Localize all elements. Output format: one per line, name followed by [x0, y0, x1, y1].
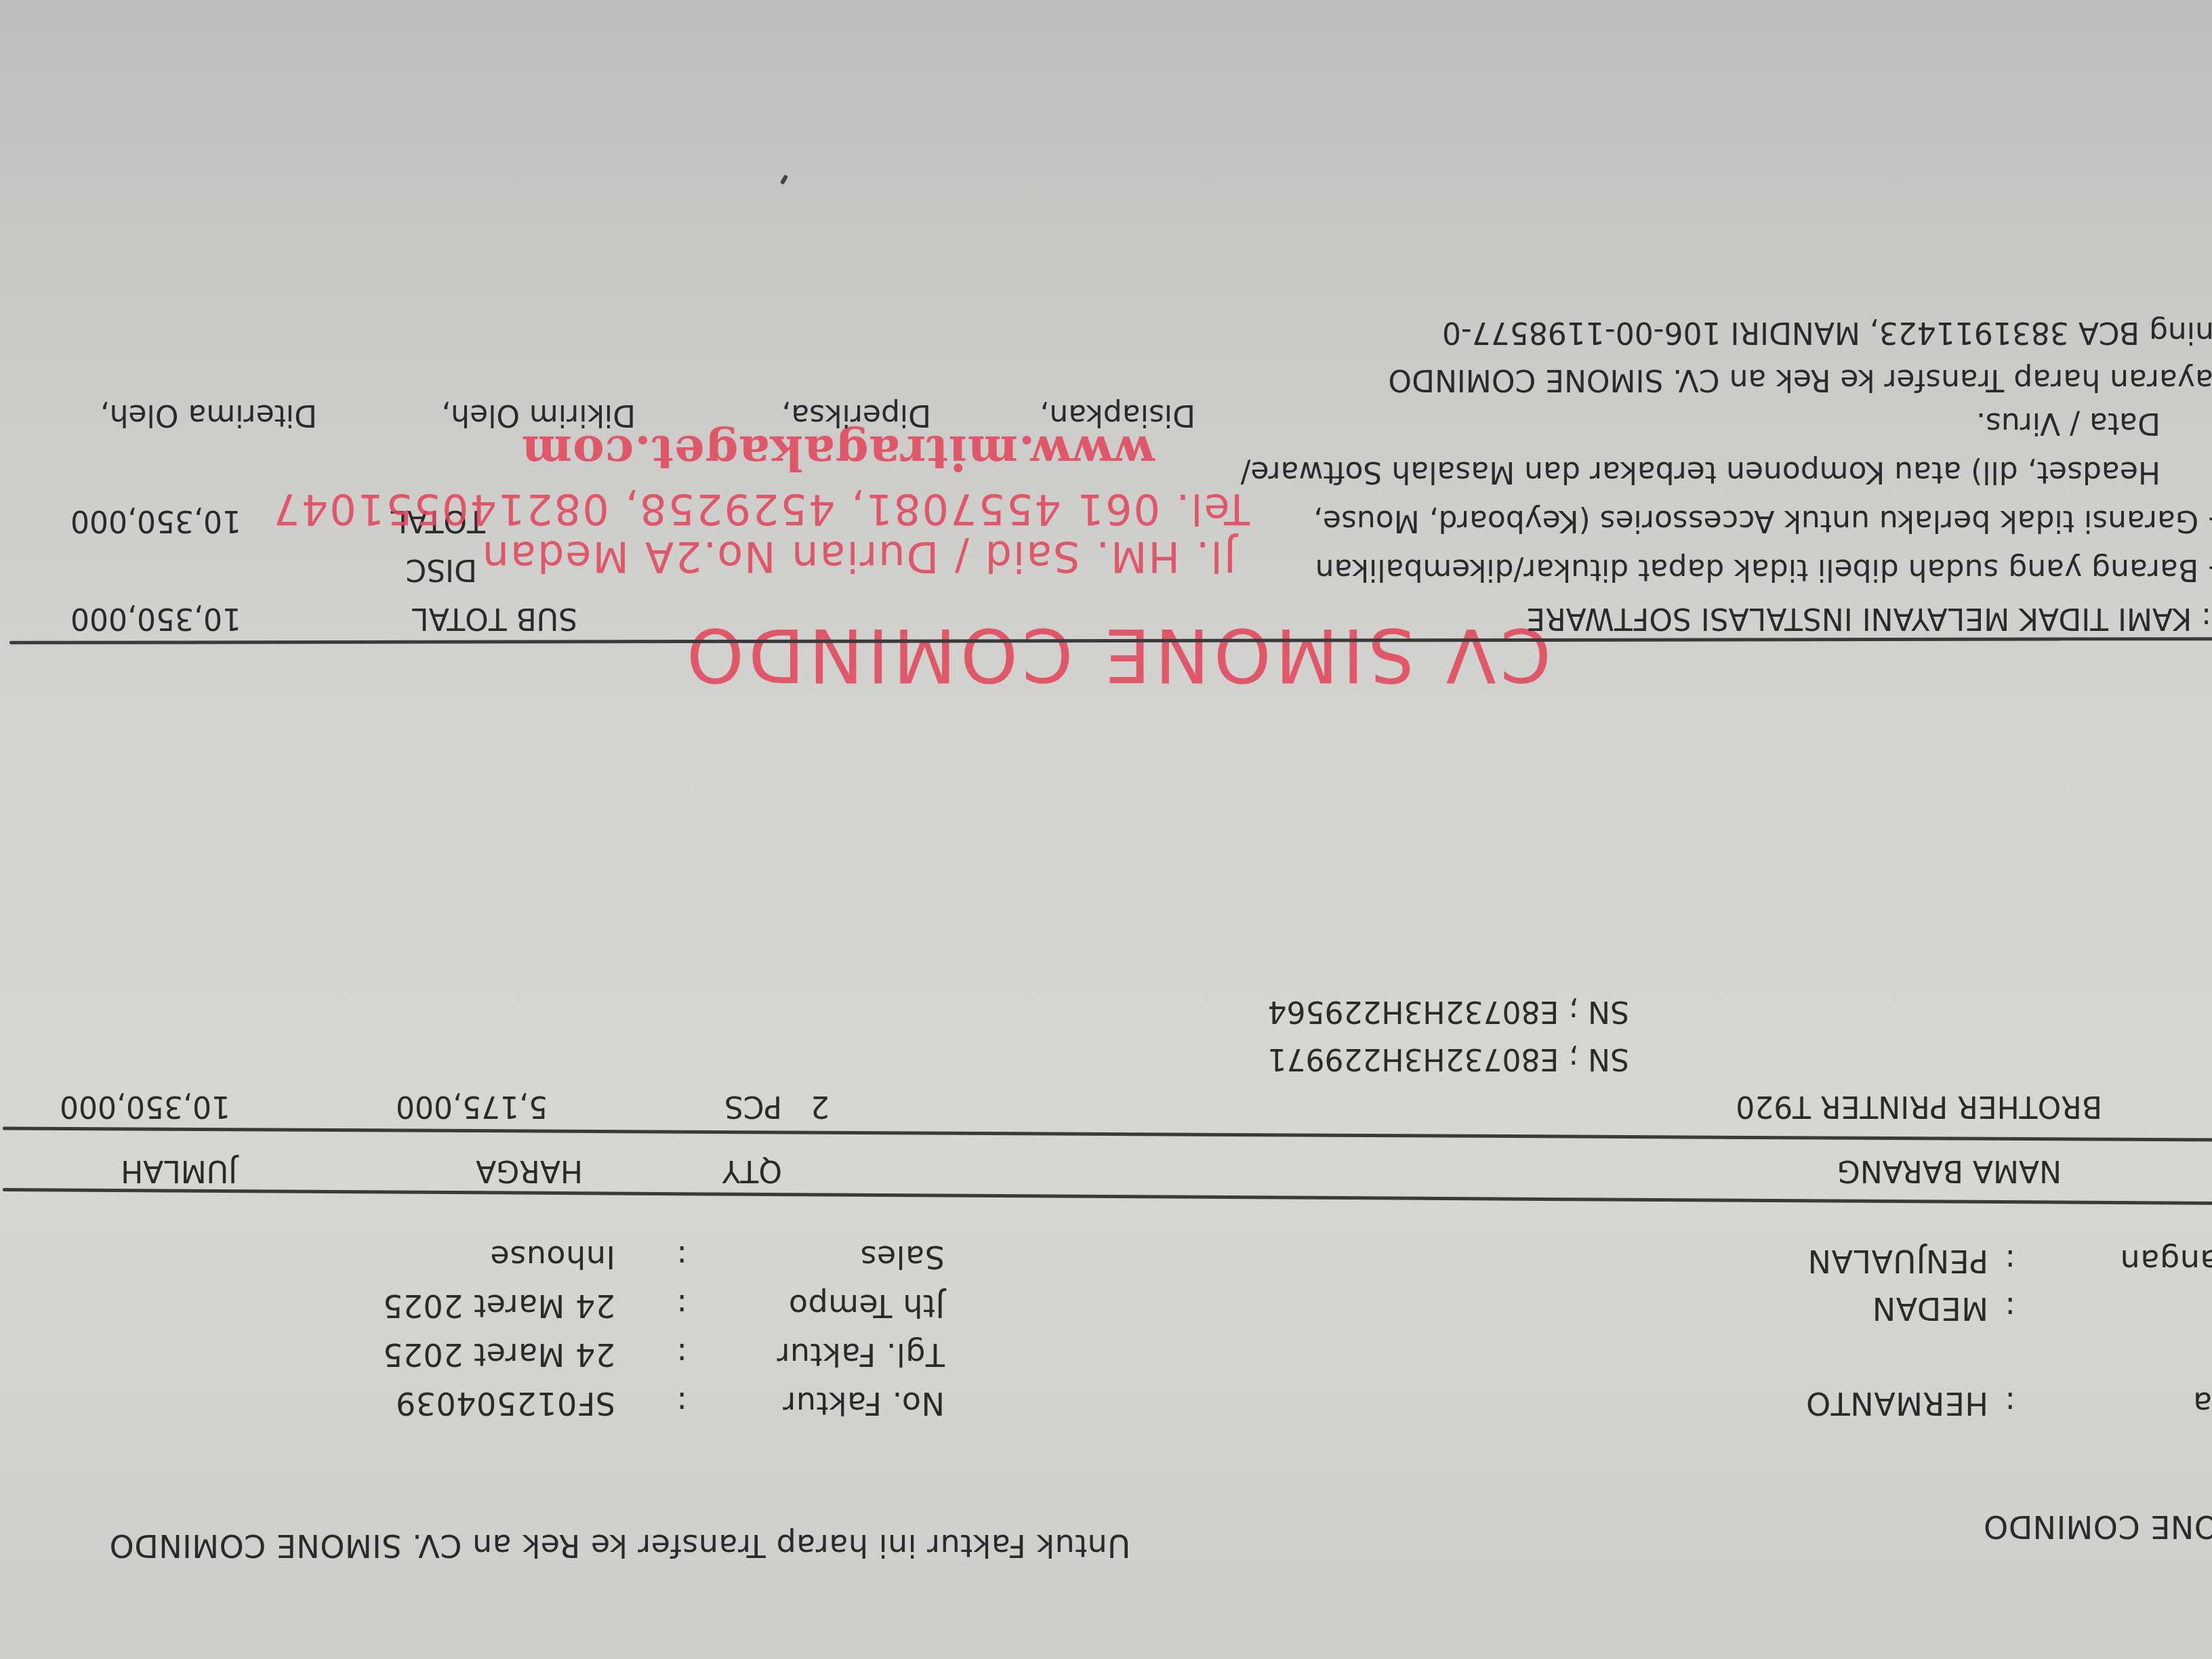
meta-label-sales: Sales — [860, 1239, 945, 1275]
note-item: - Garansi tidak berlaku untuk Accessorie… — [1313, 504, 2212, 538]
meta-sep: : — [676, 1385, 687, 1422]
meta-label-due-date: Jth Tempo — [788, 1288, 945, 1324]
item-name: BROTHER PRINTER T920 — [1736, 1089, 2102, 1124]
paper-speck — [780, 174, 788, 184]
note-item: - Barang yang sudah dibeli tidak dapat d… — [1315, 552, 2212, 587]
invoice-sheet: ONE COMINDO Untuk Faktur ini harap Trans… — [0, 0, 2212, 1659]
sales-person: Inhouse — [490, 1239, 615, 1275]
table-top-rule — [3, 1188, 2212, 1205]
customer-field-label: da — [2193, 1385, 2212, 1422]
signature-checked: Diperiksa, — [781, 398, 931, 432]
meta-label-invoice-no: No. Faktur — [783, 1385, 945, 1422]
signature-received-by: Diterima Oleh, — [100, 398, 317, 432]
note-item: Headset, dll) atau Komponen terbakar dan… — [1241, 455, 2160, 489]
customer-city: MEDAN — [1872, 1290, 1988, 1327]
meta-sep: : — [676, 1239, 687, 1275]
item-unit: PCS — [724, 1089, 782, 1124]
discount-label: DISC — [405, 552, 477, 587]
column-header-amount: JUMLAH — [121, 1153, 237, 1188]
customer-field-sep: : — [2005, 1385, 2015, 1422]
item-price: 5,175,000 — [396, 1089, 548, 1124]
invoice-date: 24 Maret 2025 — [383, 1336, 615, 1373]
subtotal-value: 10,350,000 — [70, 601, 241, 636]
customer-field-label: rangan — [2120, 1243, 2212, 1279]
item-amount: 10,350,000 — [60, 1089, 230, 1124]
signature-prepared: Disiapkan, — [1040, 398, 1195, 432]
stamp-website: www.mitragakaget.com — [521, 425, 1155, 481]
meta-label-invoice-date: Tgl. Faktur — [777, 1336, 945, 1373]
column-header-qty: QTY — [722, 1153, 782, 1188]
item-serial: SN ; E80732H3H229564 — [1267, 994, 1629, 1029]
subtotal-label: SUB TOTAL — [412, 601, 577, 636]
payment-line: bayaran harap Transfer ke Rek an CV. SIM… — [1388, 363, 2212, 397]
bank-line: ening BCA 3831911423, MANDIRI 106-00-119… — [1442, 315, 2212, 350]
stamp-phone: Tel. 061 4557081, 4529258, 082140551047 — [272, 485, 1250, 534]
meta-sep: : — [676, 1288, 687, 1324]
stamp-company-name: CV SIMONE COMINDO — [682, 612, 1551, 697]
item-qty: 2 — [811, 1089, 829, 1124]
item-serial: SN ; E80732H3H229971 — [1267, 1042, 1629, 1076]
column-header-item: NAMA BARANG — [1837, 1153, 2062, 1188]
invoice-number: SF012504039 — [395, 1385, 615, 1422]
notes-heading: e : KAMI TIDAK MELAYANI INSTALASI SOFTWA… — [1526, 601, 2212, 636]
meta-sep: : — [676, 1336, 687, 1373]
signature-sent-by: Dikirim Oleh, — [441, 398, 636, 432]
customer-field-sep: : — [2005, 1243, 2015, 1279]
customer-name: HERMANTO — [1806, 1385, 1989, 1422]
note-item: Data / Virus. — [1976, 406, 2160, 441]
customer-field-sep: : — [2005, 1290, 2015, 1327]
column-header-price: HARGA — [476, 1153, 583, 1188]
due-date: 24 Maret 2025 — [383, 1288, 615, 1324]
total-value: 10,350,000 — [70, 504, 241, 538]
stamp-address: Jl. HM. Said / Durian No.2A Medan — [481, 532, 1236, 581]
company-name: ONE COMINDO — [1984, 1509, 2212, 1545]
payment-note-top: Untuk Faktur ini harap Transfer ke Rek a… — [109, 1528, 1130, 1564]
table-header-rule — [3, 1126, 2212, 1141]
customer-department: PENJUALAN — [1807, 1243, 1988, 1279]
